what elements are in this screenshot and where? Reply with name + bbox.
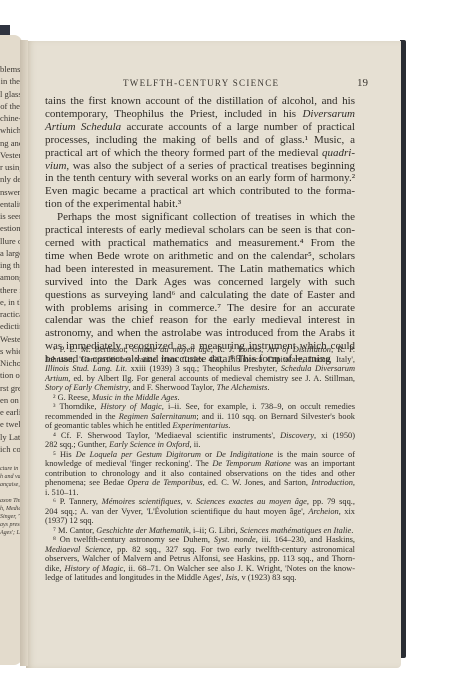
left-page-text-fragment: blems: [0, 63, 22, 75]
footnote-line: Story of Early Chemistry, and F. Sherwoo…: [45, 383, 355, 393]
left-page-text-fragment: en on the: [0, 394, 22, 406]
left-page-note-fragment: Ages'; L. C.: [0, 529, 22, 537]
left-page-text-fragment: there is: [0, 284, 22, 296]
body-line: tains the first known account of the dis…: [45, 95, 355, 108]
left-page-text-fragment: s which,: [0, 345, 22, 357]
left-page-text-fragment: Vestern: [0, 149, 22, 161]
page-number: 19: [357, 77, 368, 89]
footnote-line: dike, History of Magic, ii. 68–71. On Wa…: [45, 564, 355, 574]
footnote-line: ³ Thorndike, History of Magic, i–ii. See…: [45, 402, 355, 412]
left-page-text-fragment: r using: [0, 161, 22, 173]
footnote-5: ⁵ His De Loquela per Gestum Digitorum or…: [45, 450, 355, 498]
left-page-text-fragment: in the: [0, 75, 22, 87]
footnote-line: ⁵ His De Loquela per Gestum Digitorum or…: [45, 450, 355, 460]
left-page-note-fragment: h and vault: [0, 473, 22, 481]
left-page-text-fragment: which: [0, 124, 22, 136]
left-page-text-fragment: ractical: [0, 308, 22, 320]
body-line: practical interests of early medieval sc…: [45, 224, 355, 237]
left-page-text-fragment: entality: [0, 198, 22, 210]
left-page-text-fragment: llure of: [0, 235, 22, 247]
body-line: time when Bede wrote on arithmetic and o…: [45, 250, 355, 263]
footnotes: ¹ P. E. M. Berthelot, Chimie au moyen âg…: [45, 345, 355, 583]
body-line: calendar was the chief reason for the ea…: [45, 314, 355, 327]
left-page-text-fragment: nswers: [0, 186, 22, 198]
body-line: survived into the Dark Ages was concerne…: [45, 276, 355, 289]
footnote-line: 204 sqq.; A. van der Vyver, 'L'Évolution…: [45, 507, 355, 517]
body-line: Even magic became a practical art which …: [45, 185, 355, 198]
left-page-text-fragment: ly Latin: [0, 431, 22, 443]
body-line: practical art of which the theory formed…: [45, 147, 355, 160]
left-page-text-fragment: ing the: [0, 259, 22, 271]
footnote-line: phenomena; see Bedae Opera de Temporibus…: [45, 478, 355, 488]
left-page-text-fragment: edictine: [0, 320, 22, 332]
body-line: tion of the experimental habit.³: [45, 198, 355, 211]
footnote-3: ³ Thorndike, History of Magic, i–ii. See…: [45, 402, 355, 431]
footnote-8: ⁸ On twelfth-century astronomy see Duhem…: [45, 535, 355, 583]
footnote-line: recommended in the Regimen Salernitanum;…: [45, 412, 355, 422]
footnote-line: (1937) 12 sqq.: [45, 516, 355, 526]
footnote-line: Illinois Stud. Lang. Lit. xxiii (1939) 3…: [45, 364, 355, 374]
footnote-line: knowledge of medieval 'finger reckoning'…: [45, 459, 355, 469]
footnote-line: Artium, ed. by Albert Ilg. For general a…: [45, 374, 355, 384]
left-page-text-fragment: l glass: [0, 88, 22, 100]
footnote-line: observers, Walcher of Malvern and Petrus…: [45, 554, 355, 564]
body-line: vium, was also the subject of a series o…: [45, 160, 355, 173]
footnote-line: ¹ P. E. M. Berthelot, Chimie au moyen âg…: [45, 345, 355, 355]
left-page-text-fragment: e twelfth: [0, 418, 22, 430]
footnote-line: contribution to chronology and it also c…: [45, 469, 355, 479]
left-page-text-fragment: Western: [0, 333, 22, 345]
footnote-line: 282 sqq.; Gunther, Early Science in Oxfo…: [45, 440, 355, 450]
body-line: Perhaps the most significant collection …: [45, 211, 355, 224]
footnote-7: ⁷ M. Cantor, Geschichte der Mathematik, …: [45, 526, 355, 536]
left-page-note-fragment: h, Medieval: [0, 505, 22, 513]
running-head: TWELFTH-CENTURY SCIENCE: [123, 78, 279, 88]
footnote-line: Mediaeval Science, pp. 82 sqq., 327 sqq.…: [45, 545, 355, 555]
footnote-line: of geomantic tables which he entitled Ex…: [45, 421, 355, 431]
footnote-4: ⁴ Cf. F. Sherwood Taylor, 'Mediaeval sci…: [45, 431, 355, 450]
body-line: questions as surveying land⁶ and calcula…: [45, 289, 355, 302]
left-page-edge: blemsin thel glassof thechine-whichng an…: [0, 35, 22, 665]
left-page-note-fragment: ançaise, ii.: [0, 481, 22, 489]
left-page-note-fragment: [0, 489, 22, 497]
book-page: TWELFTH-CENTURY SCIENCE 19 tains the fir…: [26, 41, 401, 668]
gutter-shadow: [20, 40, 28, 666]
left-page-text-fragment: of the: [0, 100, 22, 112]
left-page-text-fragment: chine-: [0, 112, 22, 124]
footnote-6: ⁶ P. Tannery, Mémoires scientifiques, v.…: [45, 497, 355, 526]
body-line: cerned with practical mathematics and me…: [45, 237, 355, 250]
left-page-note-fragment: ays presented: [0, 521, 22, 529]
footnote-line: ⁸ On twelfth-century astronomy see Duhem…: [45, 535, 355, 545]
footnote-line: ² G. Reese, Music in the Middle Ages.: [45, 393, 355, 403]
left-page-text-fragment: is seen: [0, 210, 22, 222]
left-page-text-fragment: ich con-: [0, 443, 22, 455]
footnote-1: ¹ P. E. M. Berthelot, Chimie au moyen âg…: [45, 345, 355, 393]
left-page-text-fragment: nly de-: [0, 173, 22, 185]
footnote-2: ² G. Reese, Music in the Middle Ages.: [45, 393, 355, 403]
left-page-text-fragment: a large: [0, 247, 22, 259]
left-page-note-fragment: axon Times;: [0, 497, 22, 505]
left-page-text-fragment: e earliest: [0, 406, 22, 418]
footnote-line: Johnson, 'Compositiones variae from Code…: [45, 355, 355, 365]
left-page-text-fragment: tion of a: [0, 369, 22, 381]
footnote-line: ledge of latitudes and longitudes in the…: [45, 573, 355, 583]
body-text: tains the first known account of the dis…: [45, 95, 355, 366]
footnote-line: ⁷ M. Cantor, Geschichte der Mathematik, …: [45, 526, 355, 536]
left-page-text-fragment: ng and: [0, 137, 22, 149]
footnote-line: ⁶ P. Tannery, Mémoires scientifiques, v.…: [45, 497, 355, 507]
body-line: astronomy, and when the astrolabe was in…: [45, 327, 355, 340]
left-page-note-fragment: Singer, 'The: [0, 513, 22, 521]
body-line: Artium Schedula accurate accounts of a l…: [45, 121, 355, 134]
body-line: with problems arising in commerce.⁷ The …: [45, 302, 355, 315]
left-page-text-fragment: e, in the: [0, 296, 22, 308]
left-page-text-fragment: rst great: [0, 382, 22, 394]
left-page-text-fragment: among: [0, 271, 22, 283]
left-page-note-fragment: cture in the: [0, 465, 22, 473]
left-page-text-fragment: Nicholas: [0, 357, 22, 369]
body-line: contemporary, Theophilus the Priest, inc…: [45, 108, 355, 121]
body-line: had been interested in measurement. The …: [45, 263, 355, 276]
body-line: processes, including the making of bells…: [45, 134, 355, 147]
footnote-line: ⁴ Cf. F. Sherwood Taylor, 'Mediaeval sci…: [45, 431, 355, 441]
footnote-line: i. 510–11.: [45, 488, 355, 498]
left-page-text-fragment: estions.: [0, 222, 22, 234]
body-line: in the tenth century with several works …: [45, 172, 355, 185]
